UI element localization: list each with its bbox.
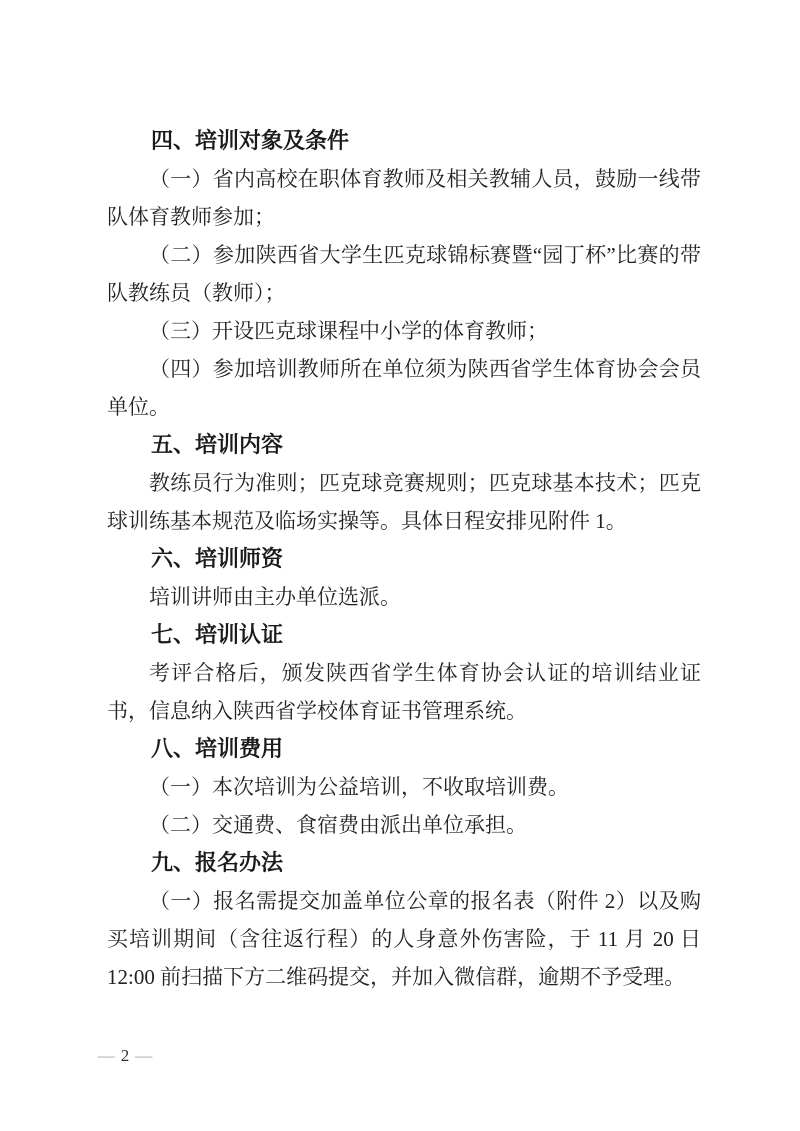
page-number-left-dash: — [98,1046,115,1065]
paragraph: （三）开设匹克球课程中小学的体育教师； [107,312,701,350]
document-page: 四、培训对象及条件 （一）省内高校在职体育教师及相关教辅人员，鼓励一线带队体育教… [0,0,800,1131]
section-training-faculty: 六、培训师资 培训讲师由主办单位选派。 [107,540,701,616]
paragraph: （二）参加陕西省大学生匹克球锦标赛暨“园丁杯”比赛的带队教练员（教师）； [107,236,701,312]
paragraph: 考评合格后，颁发陕西省学生体育协会认证的培训结业证书，信息纳入陕西省学校体育证书… [107,654,701,730]
section-heading: 七、培训认证 [107,616,701,654]
paragraph: （一）报名需提交加盖单位公章的报名表（附件 2）以及购买培训期间（含往返行程）的… [107,882,701,996]
paragraph: （一）省内高校在职体育教师及相关教辅人员，鼓励一线带队体育教师参加； [107,160,701,236]
section-heading: 六、培训师资 [107,540,701,578]
paragraph: 培训讲师由主办单位选派。 [107,578,701,616]
section-heading: 九、报名办法 [107,844,701,882]
paragraph: （一）本次培训为公益培训，不收取培训费。 [107,768,701,806]
paragraph: （二）交通费、食宿费由派出单位承担。 [107,806,701,844]
section-heading: 八、培训费用 [107,730,701,768]
section-training-certification: 七、培训认证 考评合格后，颁发陕西省学生体育协会认证的培训结业证书，信息纳入陕西… [107,616,701,730]
section-training-targets: 四、培训对象及条件 （一）省内高校在职体育教师及相关教辅人员，鼓励一线带队体育教… [107,122,701,426]
page-number-right-dash: — [135,1046,152,1065]
paragraph: （四）参加培训教师所在单位须为陕西省学生体育协会会员单位。 [107,350,701,426]
section-training-fees: 八、培训费用 （一）本次培训为公益培训，不收取培训费。 （二）交通费、食宿费由派… [107,730,701,844]
page-footer: —2— [0,1046,250,1066]
paragraph: 教练员行为准则；匹克球竞赛规则；匹克球基本技术；匹克球训练基本规范及临场实操等。… [107,464,701,540]
section-heading: 四、培训对象及条件 [107,122,701,160]
section-training-content: 五、培训内容 教练员行为准则；匹克球竞赛规则；匹克球基本技术；匹克球训练基本规范… [107,426,701,540]
section-registration-method: 九、报名办法 （一）报名需提交加盖单位公章的报名表（附件 2）以及购买培训期间（… [107,844,701,996]
page-number: 2 [115,1046,136,1065]
document-body: 四、培训对象及条件 （一）省内高校在职体育教师及相关教辅人员，鼓励一线带队体育教… [107,122,701,996]
section-heading: 五、培训内容 [107,426,701,464]
